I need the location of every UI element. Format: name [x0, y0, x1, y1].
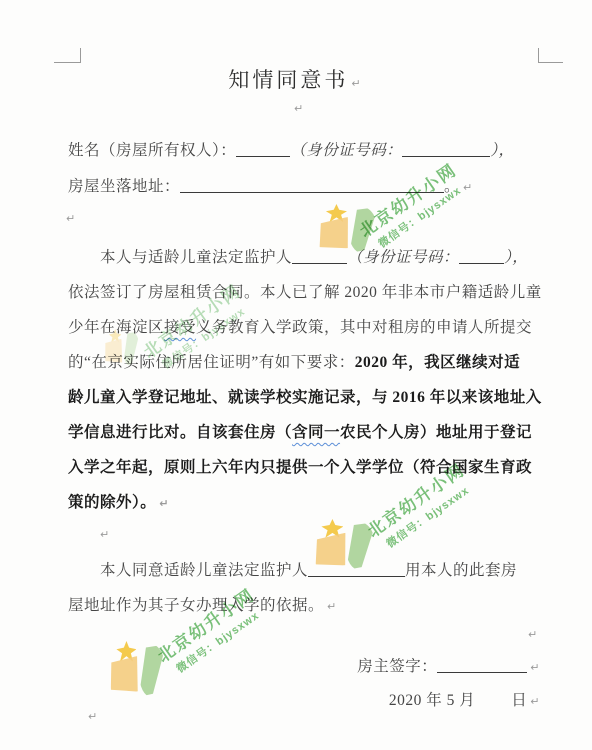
- paragraph-mark: ↵: [100, 528, 109, 541]
- guardian-id-blank: [459, 248, 504, 264]
- body-text: 用本人的此套房: [405, 562, 517, 579]
- id-number-blank: [402, 141, 490, 157]
- margin-corner-mark-top-left: [54, 48, 81, 63]
- para1-line3: 少年在海淀区接受义务教育入学政策，其中对租房的申请人所提交: [68, 317, 538, 338]
- guardian-name-blank: [308, 561, 405, 577]
- watermark-site-name: 北京幼升小网: [353, 156, 461, 242]
- star-icon: [326, 204, 347, 222]
- signature-blank: [437, 657, 527, 673]
- paragraph-mark: ↵: [530, 695, 540, 708]
- para1-line8: 策的除外）。↵: [68, 492, 538, 514]
- page-title-row: 知情同意书↵: [0, 64, 592, 94]
- watermark-wechat-id: 微信号：bjysxwx: [376, 477, 479, 555]
- body-text: 屋地址作为其子女办理入学的依据。: [68, 597, 324, 614]
- paragraph-mark: ↵: [294, 102, 303, 115]
- id-close-paren: ），: [504, 249, 528, 266]
- paragraph-mark: ↵: [351, 77, 363, 90]
- date-text: 2020 年 5 月: [389, 692, 475, 709]
- address-label: 房屋坐落地址：: [68, 178, 180, 195]
- id-number-label: （身份证号码：: [290, 142, 402, 159]
- date-day-label: 日: [511, 692, 527, 709]
- body-text: 少年在海淀区: [68, 319, 164, 336]
- para1-line7: 入学之年起，原则上六年内只提供一个入学学位（符合国家生育政: [68, 457, 538, 478]
- paragraph-mark: ↵: [327, 600, 337, 613]
- date-line: 2020 年 5 月日↵: [389, 690, 540, 712]
- watermark-site-name: 北京幼升小网: [151, 581, 259, 667]
- para2-line1: 本人同意适龄儿童法定监护人用本人的此套房: [68, 560, 570, 581]
- para1-line1: 本人与适龄儿童法定监护人（身份证号码：），: [68, 247, 570, 268]
- guardian-name-blank: [292, 248, 347, 264]
- name-line: 姓名（房屋所有权人）：（身份证号码：），: [68, 140, 538, 161]
- page-title: 知情同意书: [228, 68, 348, 92]
- para1-line2: 依法签订了房屋租赁合同。本人已了解 2020 年非本市户籍适龄儿童: [68, 282, 538, 303]
- body-text-bold: 入学之年起，原则上六年内只提供一个入学学位（符合国家生育政: [68, 459, 532, 476]
- margin-corner-mark-top-right: [538, 48, 563, 63]
- name-label: 姓名（房屋所有权人）：: [68, 142, 236, 159]
- star-icon: [116, 641, 136, 662]
- paragraph-mark: ↵: [88, 710, 97, 723]
- para1-line6: 学信息进行比对。自该套住房（含同一农民个人房）地址用于登记: [68, 422, 538, 443]
- body-text-bold: 学信息进行比对。自该套住房（: [68, 424, 292, 441]
- body-text-bold: 农民个人房）地址用于登记: [340, 424, 532, 441]
- leaf-shape-icon: [139, 644, 166, 696]
- paragraph-mark: ↵: [66, 212, 75, 225]
- spellcheck-wavy-text: 含同一: [292, 424, 340, 441]
- signature-label: 房主签字：: [357, 658, 437, 675]
- kite-shape-icon: [107, 656, 142, 695]
- site-watermark-text: 北京幼升小网 微信号：bjysxwx: [353, 156, 470, 256]
- id-close-paren: ），: [490, 142, 514, 159]
- address-blank: [180, 177, 444, 193]
- site-logo-watermark: [107, 641, 166, 698]
- guardian-label: 本人与适龄儿童法定监护人: [100, 249, 292, 266]
- spellcheck-wavy-text: 接受: [164, 319, 196, 336]
- id-number-label: （身份证号码：: [347, 249, 459, 266]
- paragraph-mark: ↵: [530, 661, 540, 674]
- body-text: 依法签订了房屋租赁合同。本人已了解 2020 年非本市户籍适龄儿童: [68, 284, 542, 301]
- body-text-bold: 策的除外）。: [68, 494, 156, 511]
- owner-signature-line: 房主签字：↵: [357, 656, 540, 678]
- para1-line4: 的“在京实际住所居住证明”有如下要求：2020 年，我区继续对适: [68, 352, 538, 373]
- body-text: 本人同意适龄儿童法定监护人: [100, 562, 308, 579]
- para1-line5: 龄儿童入学登记地址、就读学校实施记录，与 2016 年以来该地址入: [68, 387, 538, 408]
- paragraph-mark: ↵: [463, 181, 473, 194]
- paragraph-mark: ↵: [159, 497, 169, 510]
- body-text: 的“在京实际住所居住证明”有如下要求：: [68, 354, 355, 371]
- address-line: 房屋坐落地址：。↵: [68, 176, 538, 198]
- star-icon: [321, 519, 343, 538]
- body-text-bold: 龄儿童入学登记地址、就读学校实施记录，与 2016 年以来该地址入: [68, 389, 542, 406]
- body-text-bold: 2020 年，我区继续对适: [355, 354, 520, 371]
- consent-form-document: 知情同意书↵ ↵ 姓名（房屋所有权人）：（身份证号码：）， 房屋坐落地址：。↵ …: [0, 0, 592, 750]
- para2-line2: 屋地址作为其子女办理入学的依据。↵: [68, 595, 538, 617]
- body-text: 义务教育入学政策，其中对租房的申请人所提交: [196, 319, 532, 336]
- address-period: 。: [444, 178, 460, 195]
- name-blank: [236, 141, 290, 157]
- paragraph-mark: ↵: [528, 628, 537, 641]
